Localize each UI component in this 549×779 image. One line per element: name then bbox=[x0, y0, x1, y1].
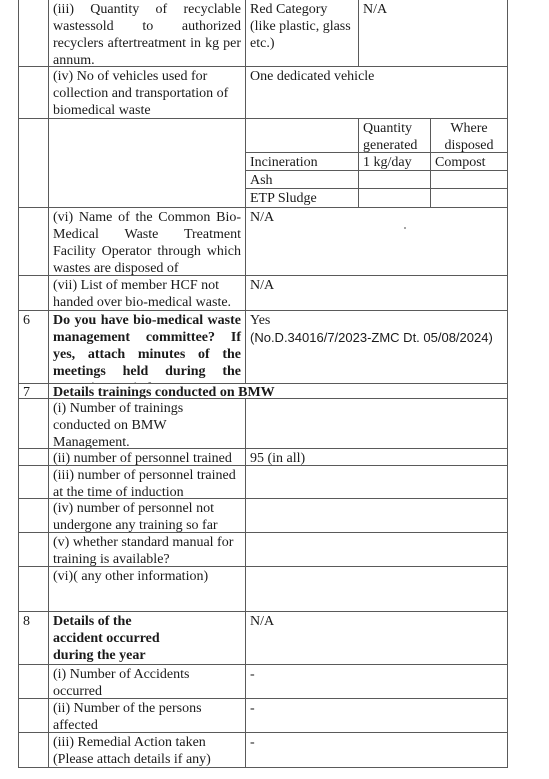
row-value: N/A bbox=[245, 275, 508, 311]
section-number: 8 bbox=[18, 611, 49, 665]
subtable-item-quantity: 1 kg/day bbox=[358, 152, 431, 171]
section-heading: Details trainings conducted on BMW bbox=[48, 383, 508, 399]
number-cell bbox=[18, 118, 49, 208]
row-label: (i) Number of trainings conducted on BMW… bbox=[48, 398, 246, 449]
subtable-item-quantity bbox=[358, 188, 431, 208]
row-label: (vi)( any other information) bbox=[48, 566, 246, 612]
number-cell bbox=[18, 532, 49, 567]
row-label: (vi) Name of the Common Bio-Medical Wast… bbox=[48, 207, 246, 276]
row-value bbox=[245, 465, 508, 499]
row-value: - bbox=[245, 664, 508, 699]
number-cell bbox=[18, 207, 49, 276]
row-label: (ii) number of personnel trained bbox=[48, 448, 246, 466]
subtable-item-disposed: Compost pit bbox=[430, 152, 508, 171]
number-cell bbox=[18, 732, 49, 768]
number-cell bbox=[18, 566, 49, 612]
section-heading: Details of the accident occurred during … bbox=[48, 611, 246, 665]
number-cell bbox=[18, 398, 49, 449]
scan-speck bbox=[404, 227, 406, 229]
row-label: (iii) Quantity of recyclable wastessold … bbox=[48, 0, 246, 67]
row-value: One dedicated vehicle bbox=[245, 66, 508, 119]
subtable-item-name: ETP Sludge bbox=[245, 188, 359, 208]
row-category: Red Category (like plastic, glass etc.) bbox=[245, 0, 359, 67]
section-number: 7 bbox=[18, 383, 49, 399]
number-cell bbox=[18, 465, 49, 499]
row-label: (vii) List of member HCF not handed over… bbox=[48, 275, 246, 311]
accident-heading: Details of the accident occurred during … bbox=[53, 613, 183, 664]
subtable-header-blank bbox=[245, 118, 359, 153]
row-label: (v) whether standard manual for training… bbox=[48, 532, 246, 567]
section-answer: N/A bbox=[245, 611, 508, 665]
row-value bbox=[245, 532, 508, 567]
number-cell bbox=[18, 664, 49, 699]
number-cell bbox=[18, 275, 49, 311]
row-label: (ii) Number of the persons affected bbox=[48, 698, 246, 733]
row-value: N/A bbox=[245, 207, 508, 276]
row-label: (i) Number of Accidents occurred bbox=[48, 664, 246, 699]
row-value: N/A bbox=[358, 0, 508, 67]
number-cell bbox=[18, 498, 49, 533]
subtable-header-quantity: Quantity generated bbox=[358, 118, 431, 153]
subtable-item-disposed bbox=[430, 170, 508, 189]
row-value bbox=[245, 498, 508, 533]
row-label: (iii) Remedial Action taken (Please atta… bbox=[48, 732, 246, 768]
row-value: - bbox=[245, 732, 508, 768]
subtable-header-disposed: Where disposed bbox=[430, 118, 508, 153]
row-label: (iii) number of personnel trained at the… bbox=[48, 465, 246, 499]
section-answer: Yes (No.D.34016/7/2023-ZMC Dt. 05/08/202… bbox=[245, 310, 508, 384]
number-cell bbox=[18, 698, 49, 733]
row-label: (iv) No of vehicles used for collection … bbox=[48, 66, 246, 119]
row-value: - bbox=[245, 698, 508, 733]
subtable-item-quantity bbox=[358, 170, 431, 189]
section-question: Do you have bio-medical waste management… bbox=[48, 310, 246, 384]
committee-reference: (No.D.34016/7/2023-ZMC Dt. 05/08/2024) bbox=[250, 329, 503, 346]
number-cell bbox=[18, 0, 49, 67]
row-label bbox=[48, 118, 246, 208]
answer-yes: Yes bbox=[250, 312, 503, 329]
row-value bbox=[245, 398, 508, 449]
section-number: 6 bbox=[18, 310, 49, 384]
number-cell bbox=[18, 66, 49, 119]
row-label: (iv) number of personnel not undergone a… bbox=[48, 498, 246, 533]
number-cell bbox=[18, 448, 49, 466]
document-page: (iii) Quantity of recyclable wastessold … bbox=[0, 0, 549, 779]
row-value bbox=[245, 566, 508, 612]
subtable-item-name: Incineration bbox=[245, 152, 359, 171]
row-value: 95 (in all) bbox=[245, 448, 508, 466]
subtable-item-name: Ash bbox=[245, 170, 359, 189]
subtable-item-disposed bbox=[430, 188, 508, 208]
